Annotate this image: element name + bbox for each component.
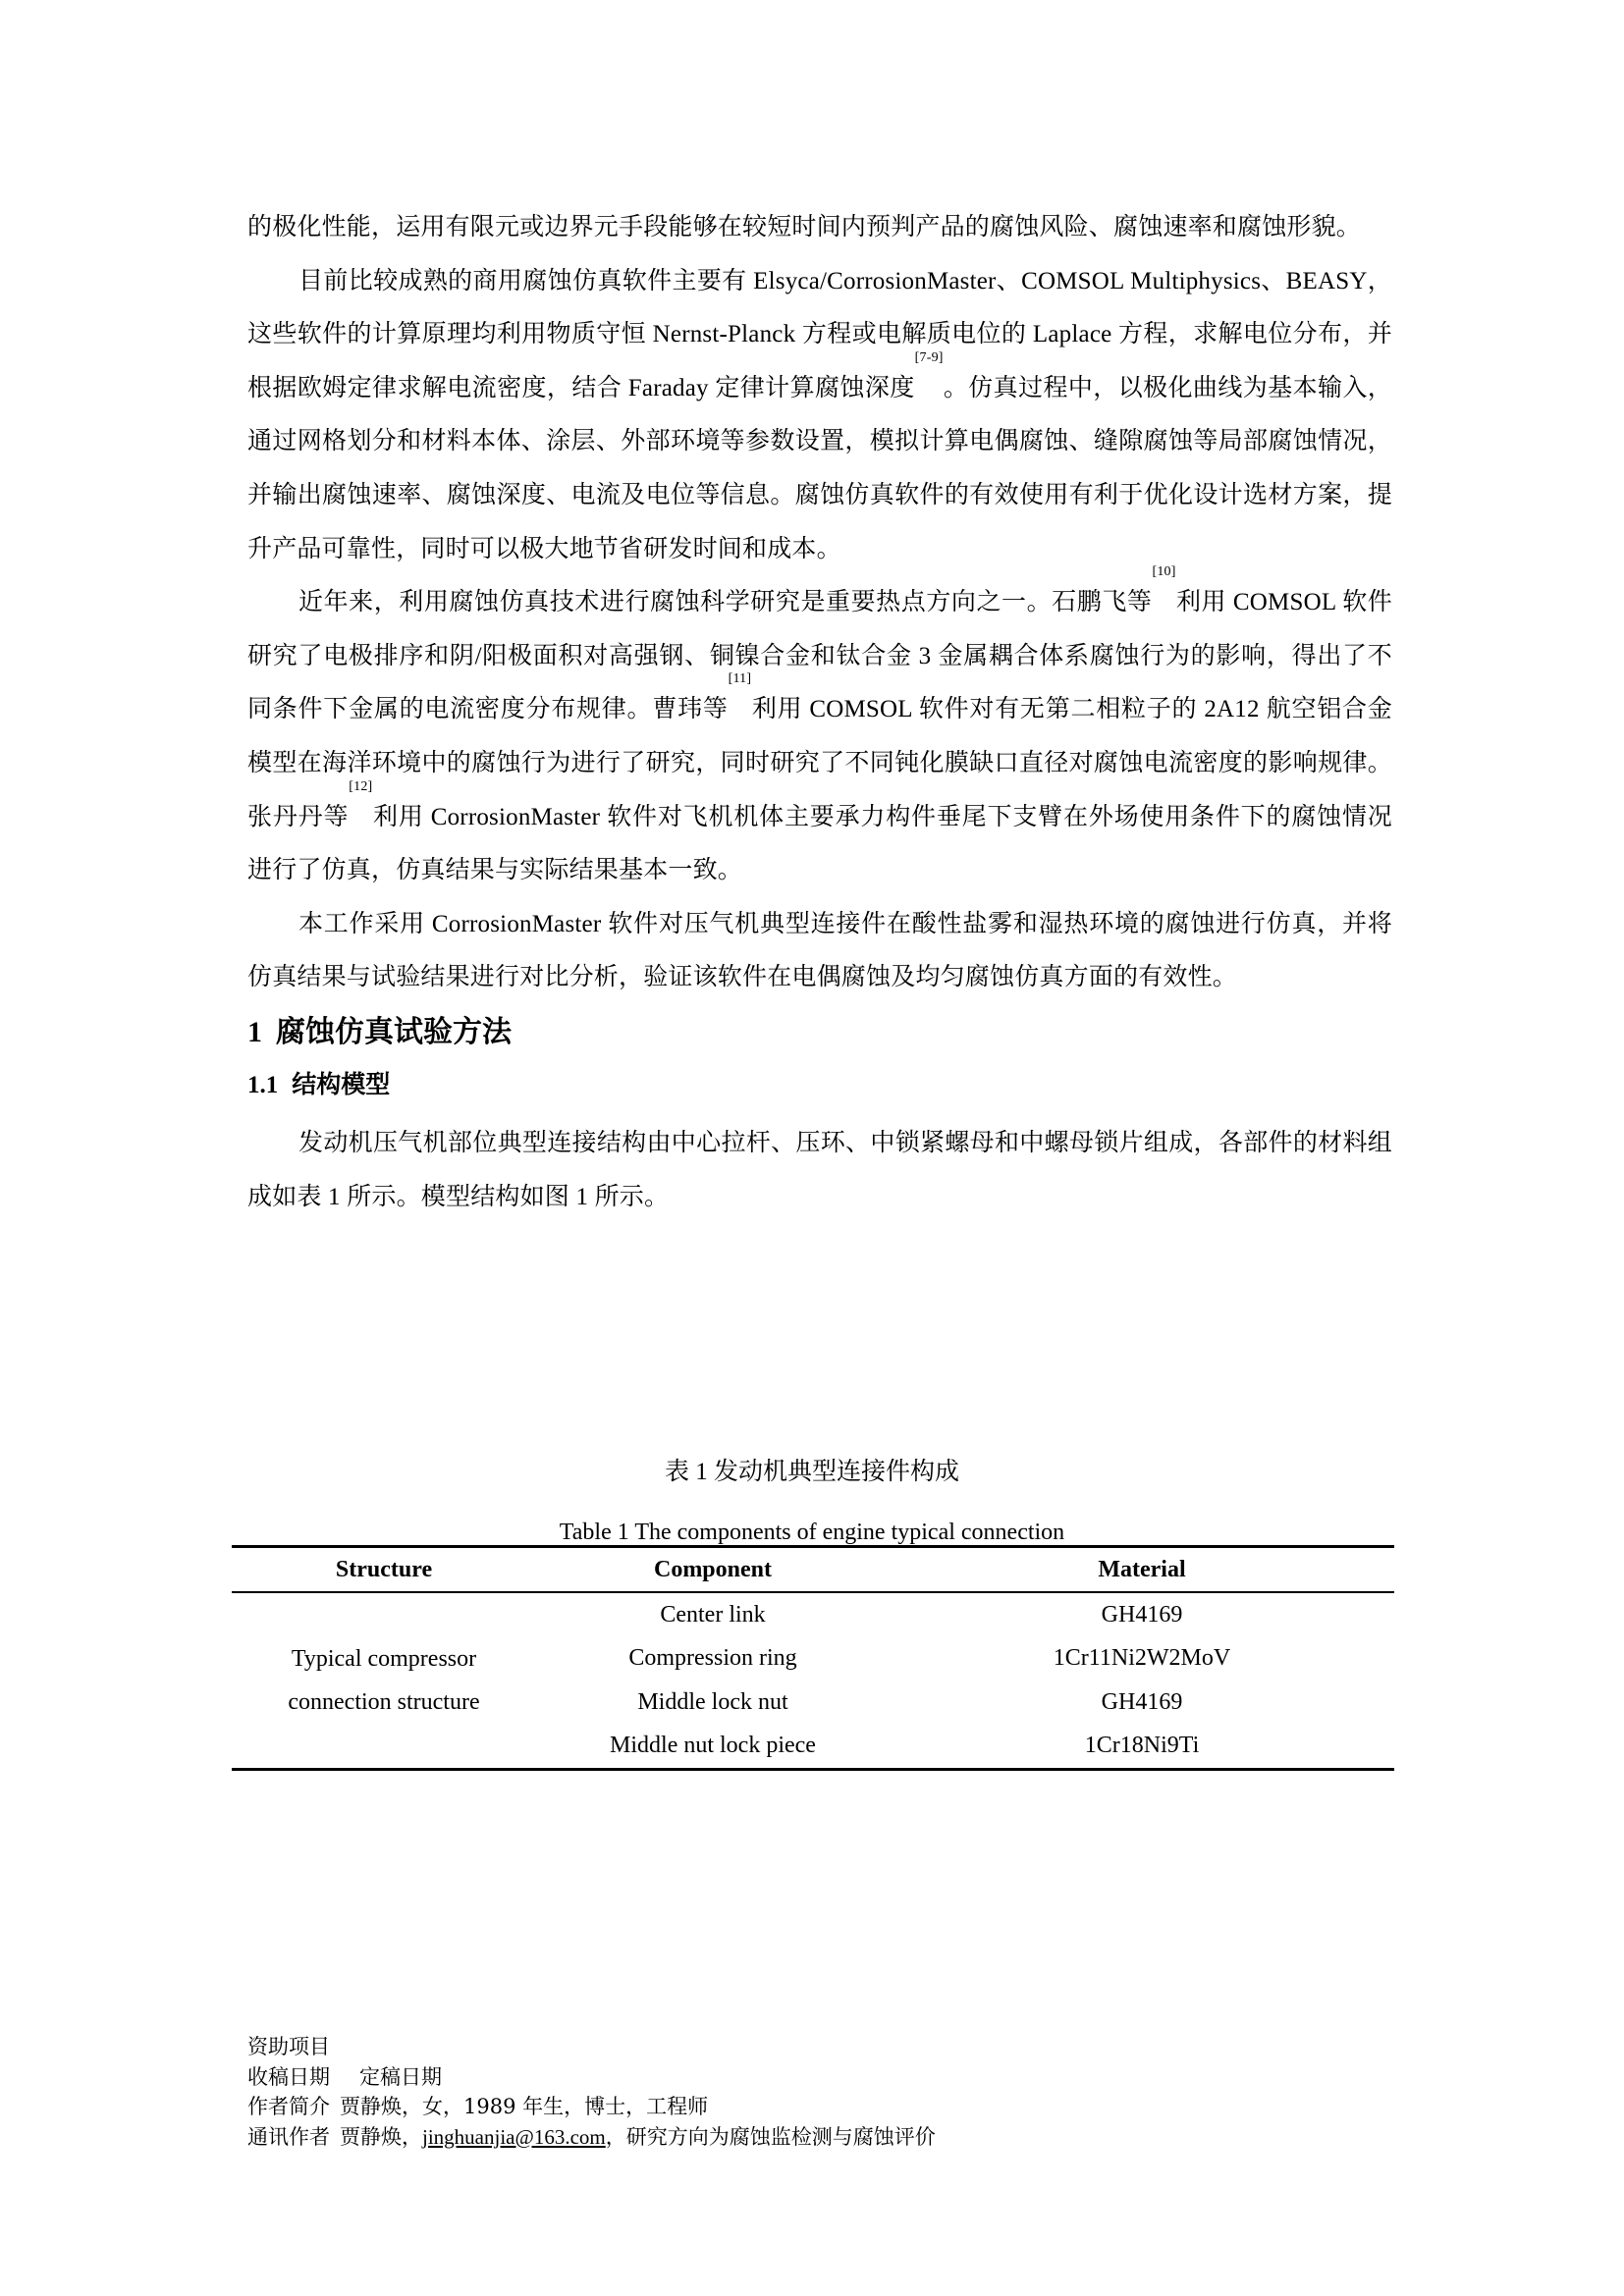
component-cell: Middle lock nut	[536, 1681, 890, 1725]
material-cell: 1Cr11Ni2W2MoV	[890, 1637, 1394, 1682]
header-material: Material	[890, 1547, 1394, 1593]
footnotes: 资助项目 收稿日期定稿日期 作者简介贾静焕，女，1989 年生，博士，工程师 通…	[247, 2032, 936, 2152]
structure-label: connection structure	[232, 1681, 536, 1725]
footnote-label: 收稿日期	[247, 2065, 330, 2089]
table-header-row: Structure Component Material	[232, 1547, 1394, 1593]
structure-label: Typical compressor	[232, 1637, 536, 1682]
structure-cell: Typical compressorconnection structure	[232, 1592, 536, 1770]
component-cell: Middle nut lock piece	[536, 1725, 890, 1770]
section-heading-1: 1腐蚀仿真试验方法	[247, 1005, 1392, 1060]
footnote-label: 作者简介	[247, 2095, 330, 2118]
footnote-corresponding: 通讯作者贾静焕，jinghuanjia@163.com，研究方向为腐蚀监检测与腐…	[247, 2122, 936, 2153]
paragraph-text: 。仿真过程中，以极化曲线为基本输入，通过网格划分和材料本体、涂层、外部环境等参数…	[247, 375, 1392, 562]
citation-ref[interactable]: [11]	[729, 671, 752, 686]
footnote-label: 通讯作者	[247, 2125, 330, 2149]
footnote-author: 作者简介贾静焕，女，1989 年生，博士，工程师	[247, 2092, 936, 2122]
paragraph-continuation: 的极化性能，运用有限元或边界元手段能够在较短时间内预判产品的腐蚀风险、腐蚀速率和…	[247, 201, 1392, 255]
footnote-value: 贾静焕，	[340, 2125, 422, 2149]
footnote-label: 资助项目	[247, 2035, 330, 2058]
paragraph-related-work: 近年来，利用腐蚀仿真技术进行腐蚀科学研究是重要热点方向之一。石鹏飞等[10]利用…	[247, 576, 1392, 898]
footnote-dates: 收稿日期定稿日期	[247, 2062, 936, 2093]
section-number: 1.1	[247, 1072, 278, 1098]
table-caption-cn: 表 1 发动机典型连接件构成	[0, 1453, 1624, 1492]
material-cell: GH4169	[890, 1681, 1394, 1725]
components-table: Structure Component Material Typical com…	[232, 1545, 1394, 1771]
table-caption-en: Table 1 The components of engine typical…	[0, 1518, 1624, 1547]
table-row: Typical compressorconnection structure C…	[232, 1592, 1394, 1637]
paragraph-text: 利用 CorrosionMaster 软件对飞机机体主要承力构件垂尾下支臂在外场…	[247, 804, 1392, 884]
material-cell: 1Cr18Ni9Ti	[890, 1725, 1394, 1770]
footnote-label: 定稿日期	[359, 2065, 442, 2089]
paragraph-structure-model: 发动机压气机部位典型连接结构由中心拉杆、压环、中锁紧螺母和中螺母锁片组成，各部件…	[247, 1117, 1392, 1224]
citation-ref[interactable]: [10]	[1152, 564, 1175, 579]
citation-ref[interactable]: [7-9]	[915, 350, 944, 365]
section-number: 1	[247, 1016, 262, 1048]
footnote-value: ，研究方向为腐蚀监检测与腐蚀评价	[606, 2125, 936, 2149]
paragraph-this-work: 本工作采用 CorrosionMaster 软件对压气机典型连接件在酸性盐雾和湿…	[247, 898, 1392, 1005]
component-cell: Center link	[536, 1592, 890, 1637]
material-cell: GH4169	[890, 1592, 1394, 1637]
paragraph-text: 近年来，利用腐蚀仿真技术进行腐蚀科学研究是重要热点方向之一。石鹏飞等	[298, 589, 1152, 615]
email-link[interactable]: jinghuanjia@163.com	[422, 2125, 606, 2149]
paragraph-simulation-software: 目前比较成熟的商用腐蚀仿真软件主要有 Elsyca/CorrosionMaste…	[247, 255, 1392, 577]
body-text: 的极化性能，运用有限元或边界元手段能够在较短时间内预判产品的腐蚀风险、腐蚀速率和…	[247, 201, 1392, 1224]
header-component: Component	[536, 1547, 890, 1593]
section-title: 腐蚀仿真试验方法	[276, 1016, 512, 1048]
header-structure: Structure	[232, 1547, 536, 1593]
section-title: 结构模型	[292, 1072, 390, 1098]
paper-page: 的极化性能，运用有限元或边界元手段能够在较短时间内预判产品的腐蚀风险、腐蚀速率和…	[0, 0, 1624, 2296]
footnote-funding: 资助项目	[247, 2032, 936, 2062]
citation-ref[interactable]: [12]	[349, 779, 372, 794]
component-cell: Compression ring	[536, 1637, 890, 1682]
section-heading-1-1: 1.1结构模型	[247, 1058, 1392, 1113]
footnote-value: 贾静焕，女，1989 年生，博士，工程师	[340, 2095, 708, 2118]
